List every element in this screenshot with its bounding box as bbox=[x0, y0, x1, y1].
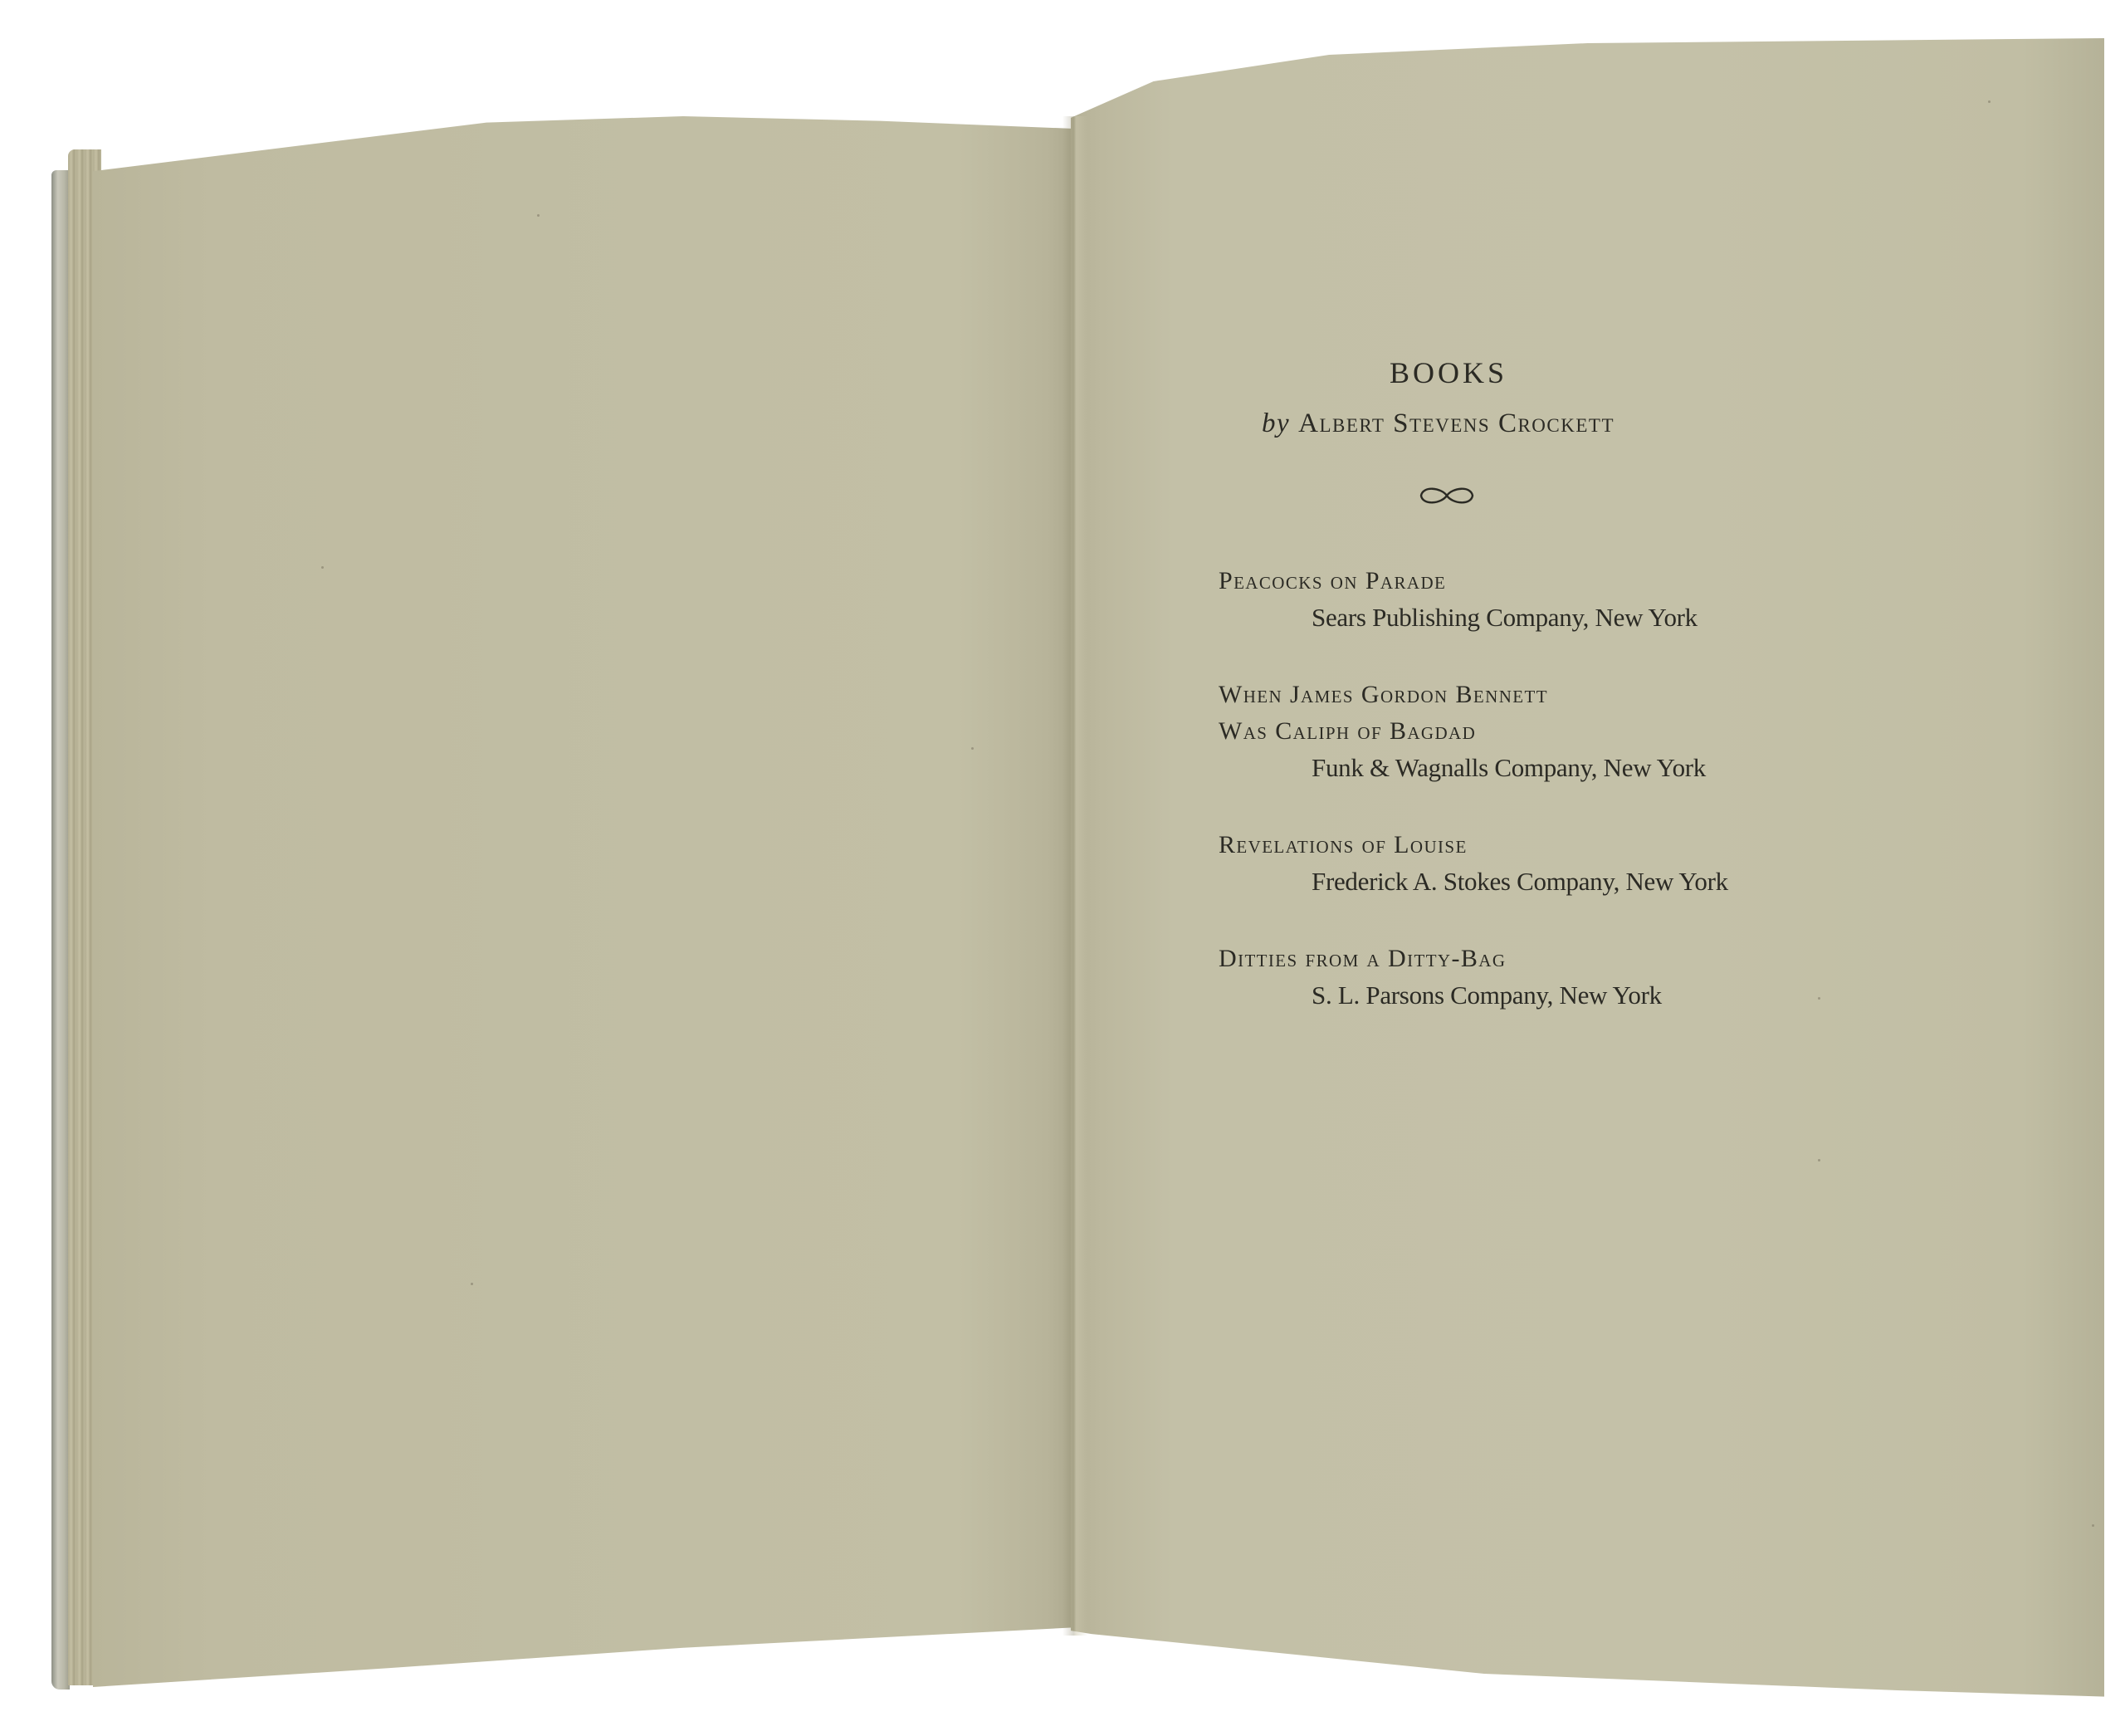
paper-speck bbox=[971, 747, 974, 750]
book-publisher: S. L. Parsons Company, New York bbox=[1219, 977, 1816, 1014]
paper-speck bbox=[1818, 1159, 1820, 1161]
book-title: Revelations of Louise bbox=[1219, 827, 1816, 863]
byline-prefix: by bbox=[1262, 408, 1290, 438]
book-title: Peacocks on Parade bbox=[1219, 563, 1816, 599]
book-entry: Revelations of Louise Frederick A. Stoke… bbox=[1219, 827, 1816, 900]
book-publisher: Frederick A. Stokes Company, New York bbox=[1219, 863, 1816, 900]
book-title: Ditties from a Ditty-Bag bbox=[1219, 941, 1816, 977]
book-cover-edge bbox=[51, 170, 70, 1690]
author-name: Albert Stevens Crockett bbox=[1298, 408, 1615, 438]
spine-gutter bbox=[1062, 116, 1087, 1636]
page-heading: BOOKS bbox=[1365, 355, 1531, 390]
book-list: Peacocks on Parade Sears Publishing Comp… bbox=[1219, 563, 1816, 1054]
paper-speck bbox=[2092, 1524, 2094, 1527]
paper-speck bbox=[1818, 997, 1820, 1000]
book-entry: When James Gordon Bennett Was Caliph of … bbox=[1219, 677, 1816, 786]
open-book: BOOKS byAlbert Stevens Crockett Peacocks… bbox=[0, 0, 2125, 1736]
paper-speck bbox=[471, 1283, 473, 1285]
infinity-ornament-icon bbox=[1418, 483, 1476, 508]
book-publisher: Sears Publishing Company, New York bbox=[1219, 599, 1816, 636]
paper-speck bbox=[1988, 100, 1991, 103]
paper-speck bbox=[321, 566, 324, 569]
book-title-continued: Was Caliph of Bagdad bbox=[1219, 713, 1816, 750]
author-byline: byAlbert Stevens Crockett bbox=[1262, 408, 1727, 439]
left-page-blank bbox=[93, 116, 1077, 1687]
book-entry: Ditties from a Ditty-Bag S. L. Parsons C… bbox=[1219, 941, 1816, 1014]
paper-speck bbox=[537, 214, 540, 217]
book-title: When James Gordon Bennett bbox=[1219, 677, 1816, 713]
book-entry: Peacocks on Parade Sears Publishing Comp… bbox=[1219, 563, 1816, 636]
book-publisher: Funk & Wagnalls Company, New York bbox=[1219, 750, 1816, 786]
